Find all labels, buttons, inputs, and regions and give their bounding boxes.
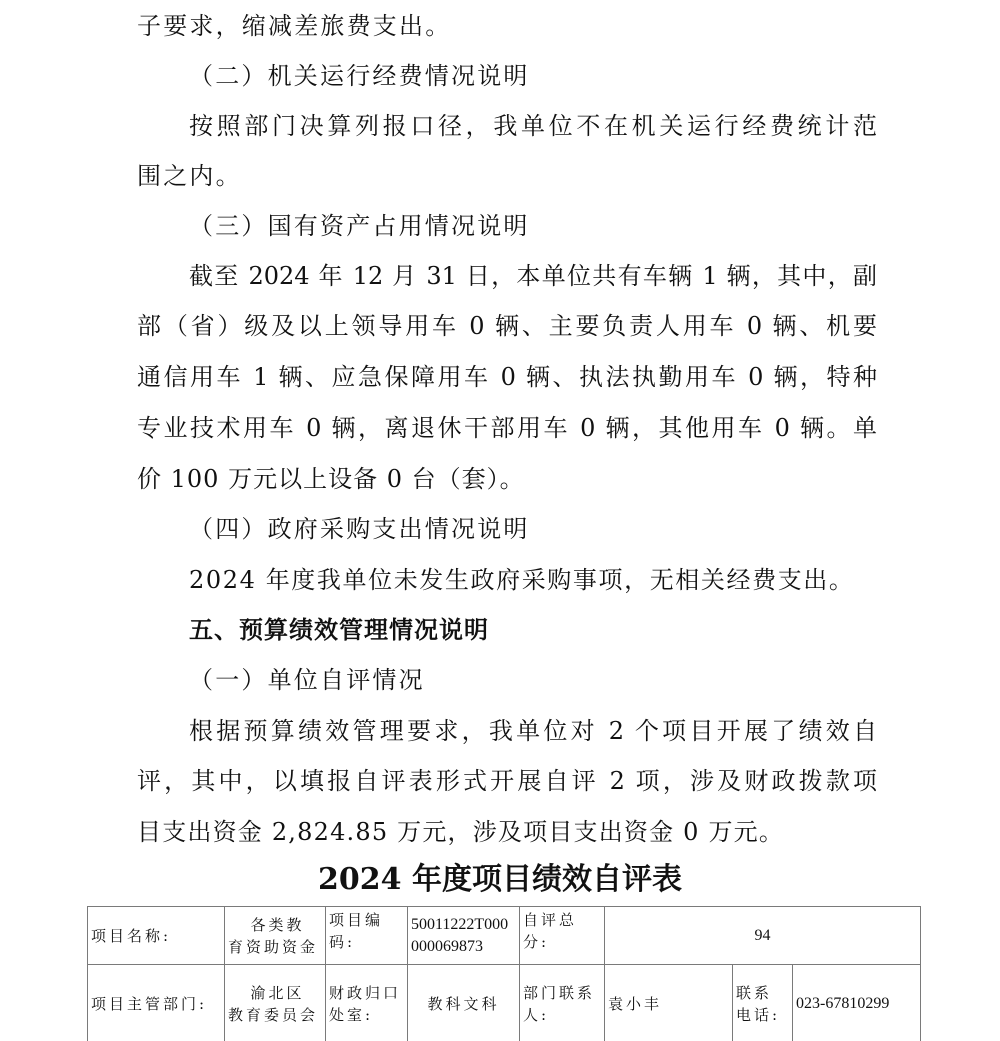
paragraph-line: 通信用车 1 辆、应急保障用车 0 辆、执法执勤用车 0 辆，特种 [137,362,877,392]
section-heading-3: （三）国有资产占用情况说明 [189,211,530,241]
finance-office-label: 财政归口处室: [326,965,408,1041]
subsection-heading-1: （一）单位自评情况 [189,665,425,695]
table-title: 2024 年度项目绩效自评表 [0,861,1000,899]
paragraph-line: 截至 2024 年 12 月 31 日，本单位共有车辆 1 辆，其中，副 [137,261,877,291]
self-score-value: 94 [605,907,921,965]
project-code-value: 50011222T000000069873 [408,907,520,965]
self-evaluation-table: 项目名称: 各类教育资助资金 项目编码: 50011222T0000000698… [87,906,921,1041]
paragraph-line: 专业技术用车 0 辆，离退休干部用车 0 辆，其他用车 0 辆。单 [137,413,877,443]
project-name-value: 各类教育资助资金 [225,907,326,965]
paragraph-line: 价 100 万元以上设备 0 台（套）。 [137,464,525,494]
phone-label: 联系电话: [733,965,793,1041]
paragraph-line: 子要求，缩减差旅费支出。 [137,11,451,41]
contact-value: 袁小丰 [605,965,733,1041]
dept-value: 渝北区教育委员会 [225,965,326,1041]
contact-label: 部门联系人: [520,965,605,1041]
phone-value: 023-67810299 [793,965,921,1041]
self-score-label: 自评总分: [520,907,605,965]
paragraph-line: 部（省）级及以上领导用车 0 辆、主要负责人用车 0 辆、机要 [137,311,877,341]
section-heading-2: （二）机关运行经费情况说明 [189,61,530,91]
table-row: 项目主管部门: 渝北区教育委员会 财政归口处室: 教科文科 部门联系人: 袁小丰… [88,965,921,1041]
paragraph-line: 评，其中，以填报自评表形式开展自评 2 项，涉及财政拨款项 [137,766,877,796]
project-name-label: 项目名称: [88,907,225,965]
paragraph-line: 围之内。 [137,161,242,191]
section-heading-4: （四）政府采购支出情况说明 [189,514,530,544]
table-row: 项目名称: 各类教育资助资金 项目编码: 50011222T0000000698… [88,907,921,965]
finance-office-value: 教科文科 [408,965,520,1041]
paragraph-line: 目支出资金 2,824.85 万元，涉及项目支出资金 0 万元。 [137,817,784,847]
chapter-heading: 五、预算绩效管理情况说明 [189,615,489,645]
paragraph-line: 根据预算绩效管理要求，我单位对 2 个项目开展了绩效自 [137,716,877,746]
paragraph-line: 2024 年度我单位未发生政府采购事项，无相关经费支出。 [189,565,855,595]
project-code-label: 项目编码: [326,907,408,965]
paragraph-line: 按照部门决算列报口径，我单位不在机关运行经费统计范 [137,111,877,141]
dept-label: 项目主管部门: [88,965,225,1041]
